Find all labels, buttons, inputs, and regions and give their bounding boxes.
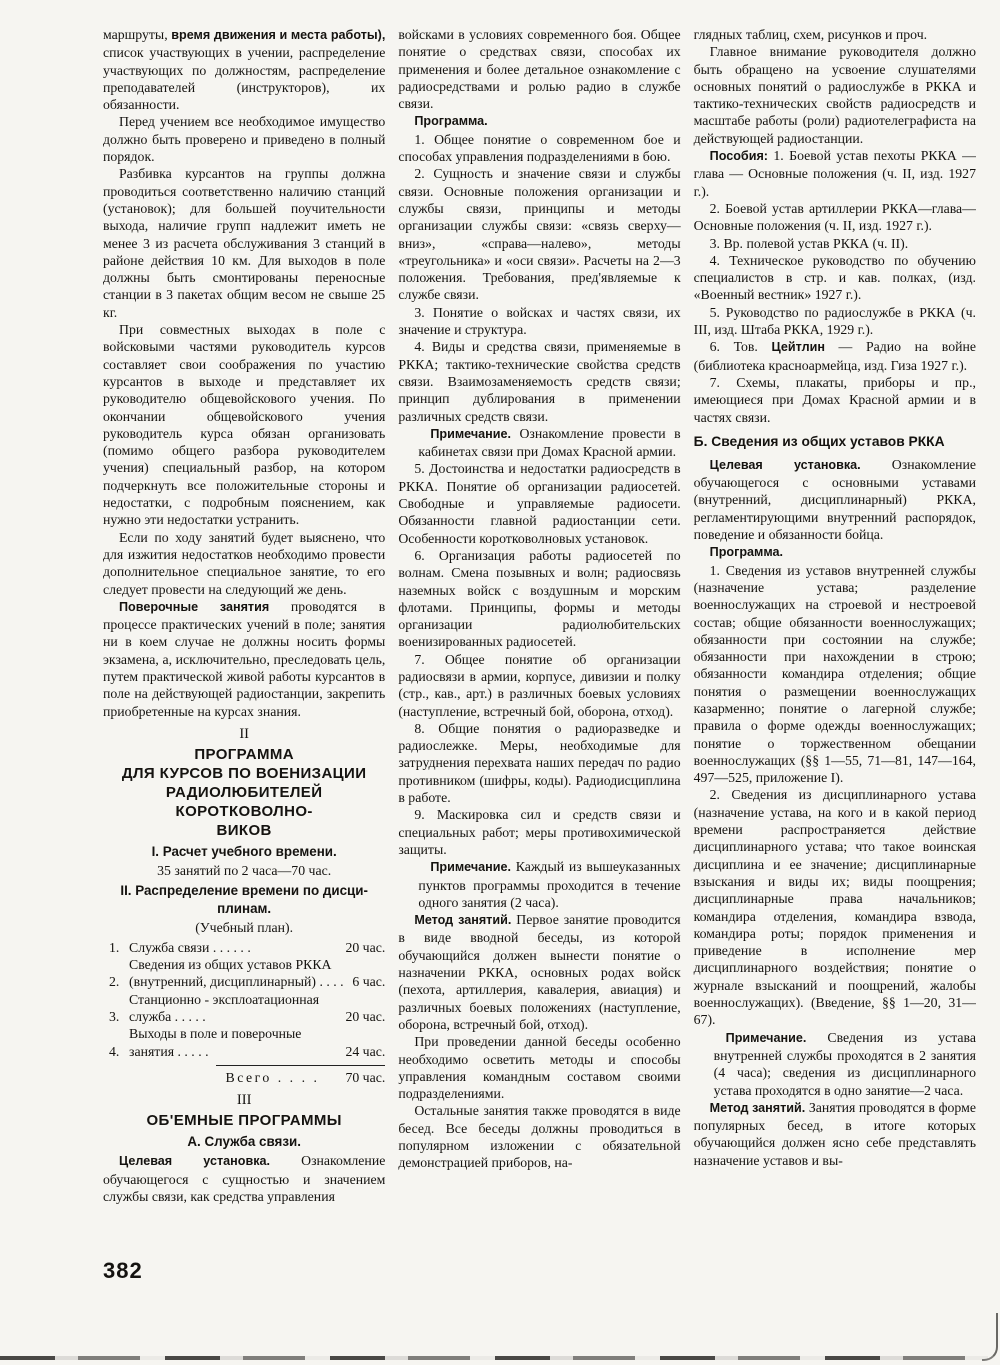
scanned-document-page: маршруты, время движения и места работы)… xyxy=(0,0,1000,1365)
bold-run: Примечание. xyxy=(726,1031,807,1045)
heading-distribution-line: плинам. xyxy=(103,900,385,918)
column-right: глядных таблиц, схем, рисунков и проч. Г… xyxy=(694,26,976,1205)
study-plan-line: (Учебный план). xyxy=(103,919,385,936)
sum-rule xyxy=(216,1065,385,1066)
total-label: Всего . . . . xyxy=(226,1069,320,1086)
schedule-subject: Служба связи . . . . . . xyxy=(129,939,339,956)
paragraph: 3. Понятие о войсках и частях связи, их … xyxy=(398,304,680,339)
paragraph: 2. Боевой устав артиллерии РККА—глава—Ос… xyxy=(694,200,976,235)
schedule-subject: Выходы в поле и поверочные занятия . . .… xyxy=(129,1025,339,1060)
bold-run: время движения и места работы), xyxy=(171,28,385,42)
bold-run: Целевая установка. xyxy=(119,1154,270,1168)
paragraph: Если по ходу занятий будет выяснено, что… xyxy=(103,529,385,598)
time-calc-line: 35 занятий по 2 часа—70 час. xyxy=(103,862,385,879)
schedule-hours: 24 час. xyxy=(345,1043,385,1060)
bold-run: Метод занятий. xyxy=(414,913,511,927)
heading-program: Программа. xyxy=(694,543,976,561)
paragraph-text: 6. Тов. xyxy=(710,339,772,354)
schedule-row: 2. Сведения из общих уставов РККА (внутр… xyxy=(109,956,385,991)
hours-schedule: 1. Служба связи . . . . . . 20 час. 2. С… xyxy=(103,939,385,1060)
schedule-subject: Станционно - эксплоатационная служба . .… xyxy=(129,991,339,1026)
paragraph: 2. Сущность и значение связи и службы св… xyxy=(398,165,680,303)
total-hours: 70 час. xyxy=(345,1069,385,1086)
paragraph: 5. Достоинства и недостатки радиосредств… xyxy=(398,460,680,546)
paragraph: 7. Схемы, плакаты, приборы и пр., имеющи… xyxy=(694,374,976,426)
program-title-line: ДЛЯ КУРСОВ ПО ВОЕНИЗАЦИИ xyxy=(103,764,385,783)
paragraph: 1. Общее понятие о современном бое и спо… xyxy=(398,131,680,166)
schedule-row: 1. Служба связи . . . . . . 20 час. xyxy=(109,939,385,956)
paragraph: 8. Общие понятия о радиоразведке и радио… xyxy=(398,720,680,806)
paragraph-text: список участвующих в учении, распределен… xyxy=(103,45,385,112)
bold-run: Примечание. xyxy=(430,427,511,441)
bold-run: Метод занятий. xyxy=(710,1101,806,1115)
paragraph-text: проводятся в процессе практических учени… xyxy=(103,599,385,719)
paragraph: Поверочные занятия проводятся в процессе… xyxy=(103,598,385,720)
paragraph-text: маршруты, xyxy=(103,27,171,42)
heading-a-service: А. Служба связи. xyxy=(103,1133,385,1151)
paragraph: 7. Общее понятие об организации радиосвя… xyxy=(398,651,680,720)
heading-program: Программа. xyxy=(398,112,680,130)
paragraph: 2. Сведения из дисциплинарного устава (н… xyxy=(694,786,976,1028)
paragraph: 4. Техническое руководство по обучению с… xyxy=(694,252,976,304)
heading-volume-programs: ОБ'ЕМНЫЕ ПРОГРАММЫ xyxy=(103,1111,385,1130)
program-title-line: ВИКОВ xyxy=(103,821,385,840)
schedule-number: 2. xyxy=(109,973,129,990)
schedule-row: 4. Выходы в поле и поверочные занятия . … xyxy=(109,1025,385,1060)
scan-artifact-edge xyxy=(982,1313,998,1361)
paragraph: Целевая установка. Ознакомление обучающе… xyxy=(103,1152,385,1205)
schedule-subject: Сведения из общих уставов РККА (внутренн… xyxy=(129,956,346,991)
bold-run: Примечание. xyxy=(430,860,511,874)
paragraph: 4. Виды и средства связи, применяемые в … xyxy=(398,338,680,424)
heading-distribution: II. Распределение времени по дисци- плин… xyxy=(103,882,385,918)
paragraph: 5. Руководство по радиослужбе в РККА (ч.… xyxy=(694,304,976,339)
note-block: Примечание. Каждый из вышеуказанных пунк… xyxy=(398,858,680,911)
heading-time-calc: I. Расчет учебного времени. xyxy=(103,843,385,861)
paragraph: Метод занятий. Первое занятие проводится… xyxy=(398,911,680,1033)
note-block: Примечание. Ознакомление провести в каби… xyxy=(398,425,680,461)
page-number: 382 xyxy=(103,1258,143,1284)
paragraph: 6. Тов. Цейтлин — Радио на войне (библио… xyxy=(694,338,976,374)
column-middle: войсками в условиях современного боя. Об… xyxy=(398,26,680,1205)
bold-run: Поверочные занятия xyxy=(119,600,269,614)
paragraph: 6. Организация работы радиосетей по волн… xyxy=(398,547,680,651)
paragraph: глядных таблиц, схем, рисунков и проч. xyxy=(694,26,976,43)
paragraph: Остальные занятия также проводятся в вид… xyxy=(398,1102,680,1171)
schedule-number: 4. xyxy=(109,1043,129,1060)
section-number-ii: II xyxy=(103,726,385,743)
schedule-hours: 20 час. xyxy=(345,939,385,956)
program-title-line: РАДИОЛЮБИТЕЛЕЙ КОРОТКОВОЛНО- xyxy=(103,783,385,821)
column-left: маршруты, время движения и места работы)… xyxy=(103,26,385,1205)
program-title-line: ПРОГРАММА xyxy=(103,745,385,764)
page-content: маршруты, время движения и места работы)… xyxy=(103,26,976,1205)
schedule-row: 3. Станционно - эксплоатационная служба … xyxy=(109,991,385,1026)
paragraph: Разбивка курсантов на группы должна пров… xyxy=(103,165,385,321)
paragraph: Метод занятий. Занятия проводятся в форм… xyxy=(694,1099,976,1169)
schedule-number: 3. xyxy=(109,1008,129,1025)
paragraph: 3. Вр. полевой устав РККА (ч. II). xyxy=(694,235,976,252)
paragraph: Пособия: 1. Боевой устав пехоты РККА — г… xyxy=(694,147,976,200)
schedule-number: 1. xyxy=(109,939,129,956)
paragraph: 1. Сведения из уставов внутренней службы… xyxy=(694,562,976,787)
schedule-hours: 20 час. xyxy=(345,1008,385,1025)
heading-distribution-line: II. Распределение времени по дисци- xyxy=(103,882,385,900)
note-block: Примечание. Сведения из устава внутренне… xyxy=(694,1029,976,1099)
paragraph: При проведении данной беседы особенно не… xyxy=(398,1033,680,1102)
bold-run: Цейтлин xyxy=(771,340,824,354)
bold-run: Целевая установка. xyxy=(710,458,861,472)
section-number-iii: III xyxy=(103,1092,385,1109)
bold-run: Программа. xyxy=(710,545,783,559)
bold-run: Программа. xyxy=(414,114,487,128)
paragraph-text: Первое занятие проводится в виде вводной… xyxy=(398,912,680,1032)
heading-b-statutes: Б. Сведения из общих уставов РККА xyxy=(694,433,976,451)
schedule-hours: 6 час. xyxy=(352,973,385,990)
total-row: Всего . . . . 70 час. xyxy=(103,1069,385,1086)
paragraph: Главное внимание руководителя должно быт… xyxy=(694,43,976,147)
scan-artifact-bar xyxy=(0,1356,988,1360)
program-title: ПРОГРАММА ДЛЯ КУРСОВ ПО ВОЕНИЗАЦИИ РАДИО… xyxy=(103,745,385,840)
paragraph: войсками в условиях современного боя. Об… xyxy=(398,26,680,112)
paragraph: маршруты, время движения и места работы)… xyxy=(103,26,385,113)
paragraph: 9. Маскировка сил и средств связи и спец… xyxy=(398,806,680,858)
paragraph: Перед учением все необходимое имущество … xyxy=(103,113,385,165)
paragraph: Целевая установка. Ознакомление обучающе… xyxy=(694,456,976,543)
paragraph: При совместных выходах в поле с войсковы… xyxy=(103,321,385,529)
bold-run: Пособия: xyxy=(710,149,768,163)
